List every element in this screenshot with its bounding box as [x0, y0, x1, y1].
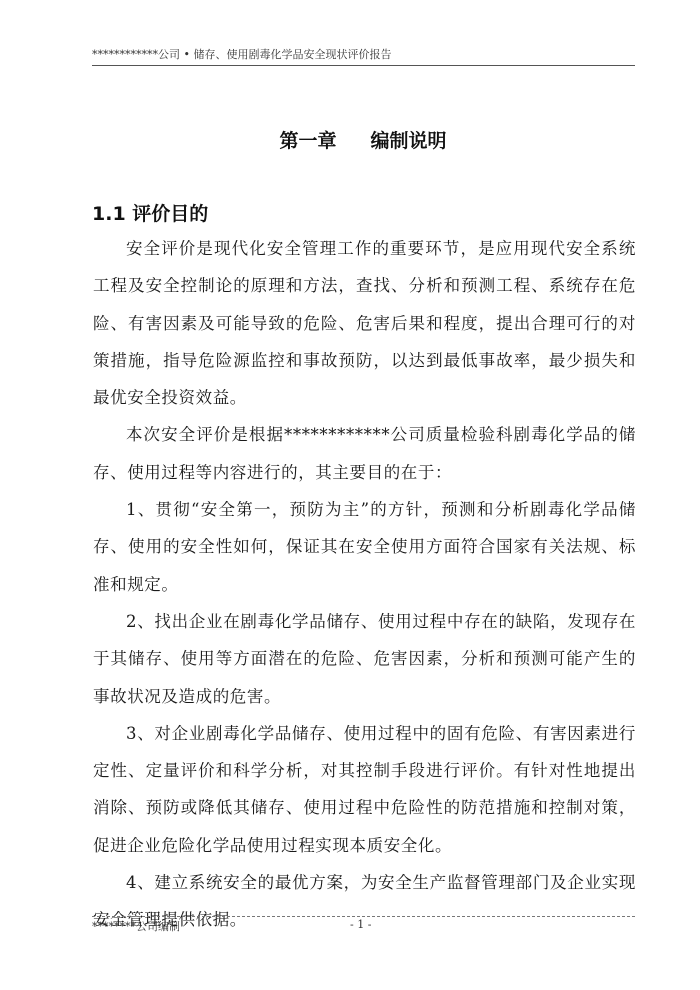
- body-text: 安全评价是现代化安全管理工作的重要环节，是应用现代安全系统工程及安全控制论的原理…: [93, 230, 636, 939]
- chapter-number: 第一章: [279, 130, 336, 152]
- page-header: ************公司 • 储存、使用剧毒化学品安全现状评价报告: [92, 46, 635, 66]
- header-text: ************公司 • 储存、使用剧毒化学品安全现状评价报告: [92, 46, 391, 62]
- paragraph-basis: 本次安全评价是根据************公司质量检验科剧毒化学品的储存、使用过…: [93, 416, 636, 491]
- footer-company: ********公司编制: [92, 918, 180, 934]
- paragraph-item-2: 2、找出企业在剧毒化学品储存、使用过程中存在的缺陷，发现存在于其储存、使用等方面…: [93, 603, 636, 715]
- paragraph-item-3: 3、对企业剧毒化学品储存、使用过程中的固有危险、有害因素进行定性、定量评价和科学…: [93, 715, 636, 864]
- chapter-title: 第一章编制说明: [0, 126, 700, 153]
- chapter-name: 编制说明: [371, 130, 447, 152]
- paragraph-item-1: 1、贯彻“安全第一，预防为主”的方针，预测和分析剧毒化学品储存、使用的安全性如何…: [93, 491, 636, 603]
- page-footer: ********公司编制 - 1 -: [92, 916, 635, 917]
- page-number: - 1 -: [350, 918, 371, 931]
- paragraph-intro: 安全评价是现代化安全管理工作的重要环节，是应用现代安全系统工程及安全控制论的原理…: [93, 230, 636, 416]
- section-heading: 1.1 评价目的: [92, 199, 208, 226]
